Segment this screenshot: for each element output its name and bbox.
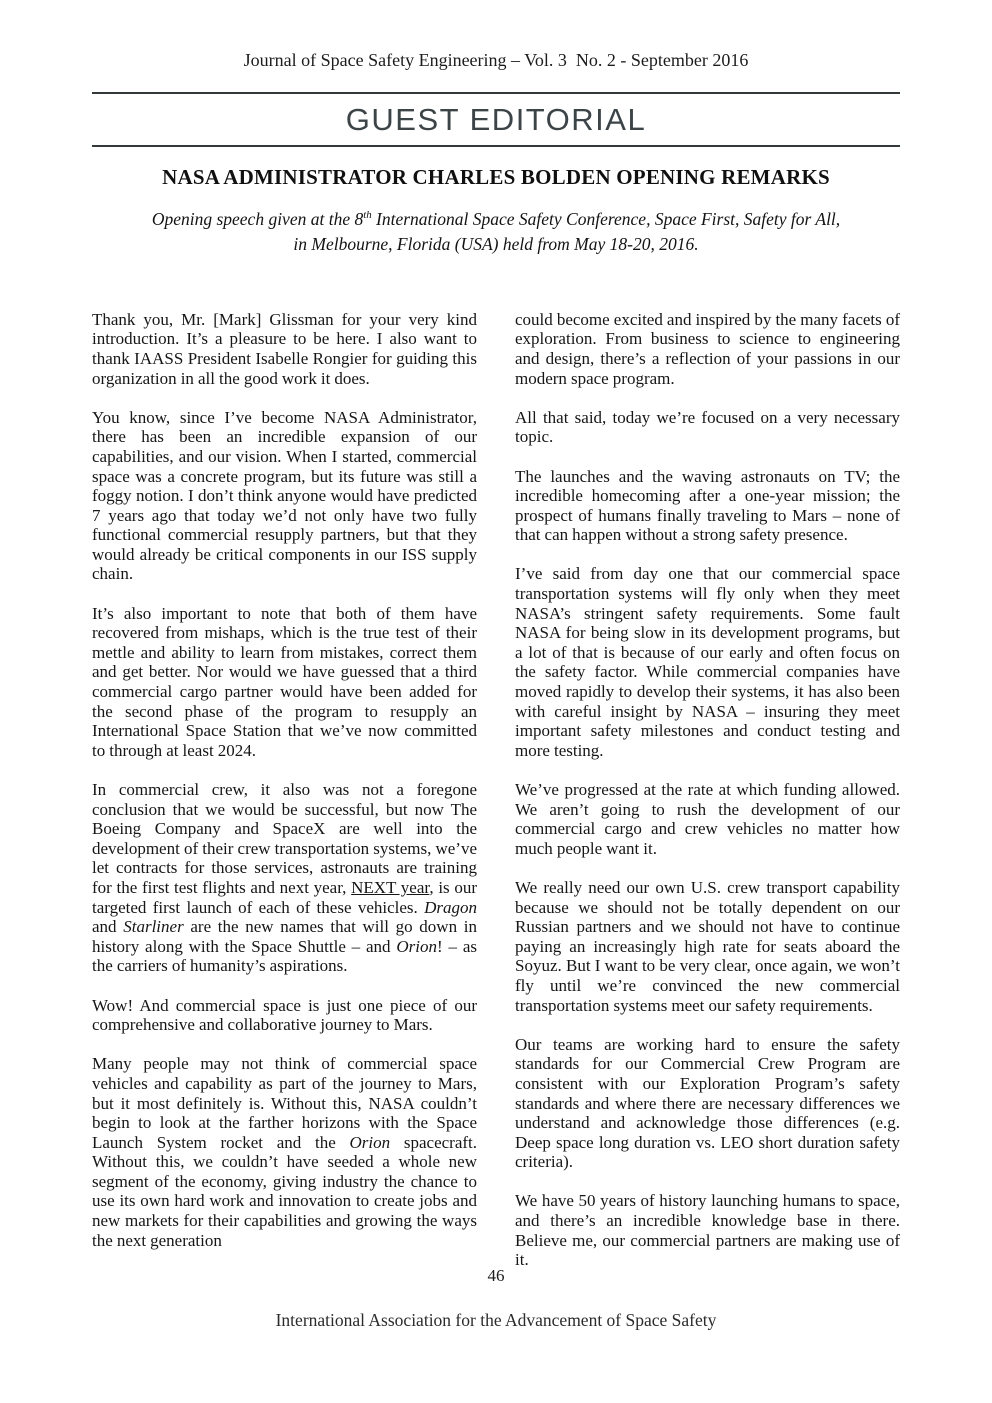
article-subtitle: Opening speech given at the 8th Internat… <box>92 207 900 258</box>
journal-page: { "page": { "journal_header": "Journal o… <box>0 0 992 1403</box>
paragraph: In commercial crew, it also was not a fo… <box>92 780 477 976</box>
paragraph: You know, since I’ve become NASA Adminis… <box>92 408 477 584</box>
guest-editorial-heading: GUEST EDITORIAL <box>92 94 900 145</box>
paragraph: Our teams are working hard to ensure the… <box>515 1035 900 1172</box>
paragraph: All that said, today we’re focused on a … <box>515 408 900 447</box>
page-content: Journal of Space Safety Engineering – Vo… <box>0 50 992 1270</box>
paragraph: It’s also important to note that both of… <box>92 604 477 761</box>
paragraph: Thank you, Mr. [Mark] Glissman for your … <box>92 310 477 388</box>
paragraph: could become excited and inspired by the… <box>515 310 900 388</box>
paragraph: We’ve progressed at the rate at which fu… <box>515 780 900 858</box>
column-right: could become excited and inspired by the… <box>515 310 900 1270</box>
paragraph: We have 50 years of history launching hu… <box>515 1191 900 1269</box>
footer-association-line: International Association for the Advanc… <box>0 1310 992 1331</box>
body-columns: Thank you, Mr. [Mark] Glissman for your … <box>92 310 900 1270</box>
paragraph: Many people may not think of commercial … <box>92 1054 477 1250</box>
paragraph: Wow! And commercial space is just one pi… <box>92 996 477 1035</box>
paragraph: The launches and the waving astronauts o… <box>515 467 900 545</box>
paragraph: We really need our own U.S. crew transpo… <box>515 878 900 1015</box>
page-number: 46 <box>0 1266 992 1286</box>
column-left: Thank you, Mr. [Mark] Glissman for your … <box>92 310 477 1270</box>
header-bottom-rule <box>92 145 900 147</box>
article-title: NASA ADMINISTRATOR CHARLES BOLDEN OPENIN… <box>92 165 900 190</box>
paragraph: I’ve said from day one that our commerci… <box>515 564 900 760</box>
journal-header-line: Journal of Space Safety Engineering – Vo… <box>92 50 900 71</box>
